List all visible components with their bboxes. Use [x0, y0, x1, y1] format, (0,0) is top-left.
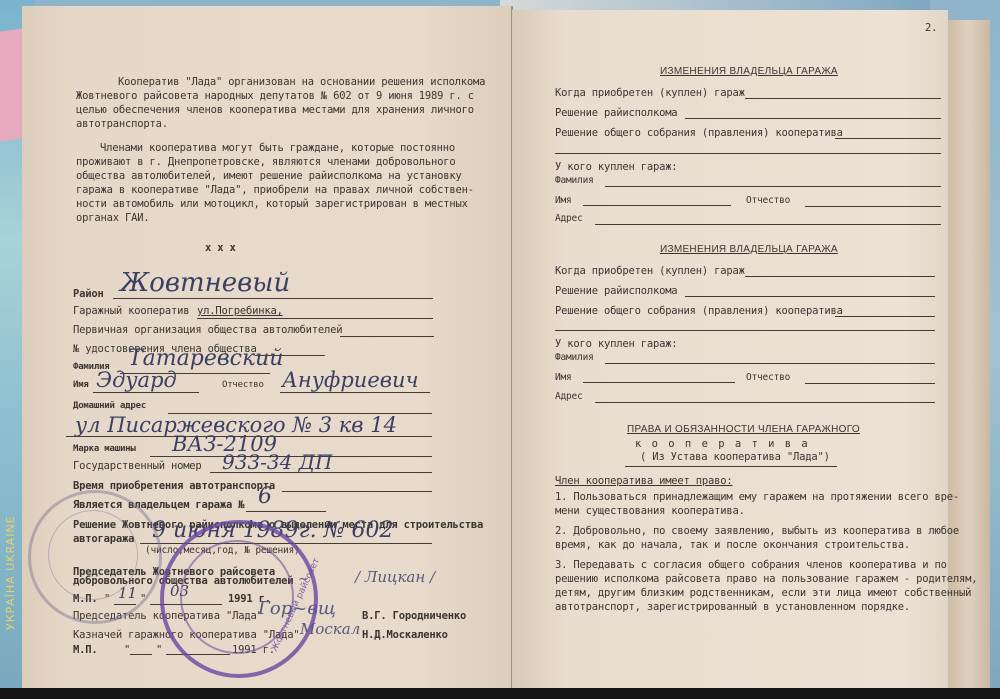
- seller-name-line[interactable]: [583, 205, 731, 206]
- right-item-cont: детям, другим близким родственникам, есл…: [555, 587, 971, 599]
- pink-flap: [0, 28, 24, 141]
- general-meeting-label: Решение общего собрания (правления) кооп…: [555, 127, 843, 139]
- when-bought-label: Когда приобретен (куплен) гараж: [555, 265, 745, 277]
- membership-line: гаража в кооперативе "Лада", приобрели н…: [76, 184, 474, 196]
- rights-intro: Член кооператива имеет право:: [555, 475, 733, 487]
- mp-label-2: М.П.: [73, 644, 98, 656]
- primary-org-line: [340, 336, 434, 337]
- section-divider: [555, 153, 941, 154]
- quote-mark: ": [156, 644, 162, 656]
- district-line: [113, 298, 433, 299]
- general-meeting-line[interactable]: [835, 316, 935, 317]
- district-value: Жовтневый: [120, 268, 290, 298]
- coop-value: ул.Погребинка,: [197, 305, 283, 317]
- acquired-line: [282, 491, 432, 492]
- when-bought-line[interactable]: [745, 98, 941, 99]
- name-label: Имя: [73, 380, 89, 390]
- seller-address-label: Адрес: [555, 213, 583, 224]
- right-item-cont: время, как до начала, так и после оконча…: [555, 539, 910, 551]
- bought-from-label: У кого куплен гараж:: [555, 161, 677, 173]
- rights-underline: [625, 466, 837, 467]
- section-separator: x x x: [205, 242, 236, 254]
- seller-surname-label: Фамилия: [555, 352, 594, 363]
- patronymic-label: Отчество: [222, 380, 264, 390]
- cover-top-edge: [500, 0, 930, 10]
- mp-day-line-2: [130, 654, 152, 655]
- treasurer-name: Н.Д.Москаленко: [362, 629, 448, 641]
- address-label: Домашний адрес: [73, 401, 146, 411]
- patronymic-value: Ануфриевич: [282, 368, 419, 392]
- right-item-cont: автотранспорт, зарегистрированный в уста…: [555, 601, 910, 613]
- seller-name-label: Имя: [555, 372, 572, 383]
- section-divider: [555, 330, 935, 331]
- membership-line: проживают в г. Днепропетровске, являются…: [76, 156, 456, 168]
- general-meeting-line[interactable]: [835, 138, 941, 139]
- bought-from-label: У кого куплен гараж:: [555, 338, 677, 350]
- seller-patronymic-label: Отчество: [746, 195, 790, 206]
- district-decision-line[interactable]: [685, 296, 935, 297]
- right-item: 3. Передавать с согласия общего собрания…: [555, 559, 947, 571]
- garage-number-value: 6: [258, 484, 272, 509]
- general-meeting-label: Решение общего собрания (правления) кооп…: [555, 305, 843, 317]
- plate-line: [210, 472, 432, 473]
- right-item: 1. Пользоваться принадлежащим ему гараже…: [555, 491, 959, 503]
- right-item-cont: мени существования кооператива.: [555, 505, 745, 517]
- seller-name-line[interactable]: [583, 382, 735, 383]
- coop-label: Гаражный кооператив: [73, 305, 189, 317]
- right-item: 2. Добровольно, по своему заявлению, выб…: [555, 525, 959, 537]
- membership-line: общества автолюбителей, имеют решение ра…: [76, 170, 462, 182]
- garage-number-line: [246, 511, 326, 512]
- seller-address-label: Адрес: [555, 391, 583, 402]
- name-value: Эдуард: [96, 368, 177, 392]
- coop-line: [197, 318, 433, 319]
- page-number: 2.: [925, 22, 937, 34]
- car-make-label: Марка машины: [73, 444, 136, 454]
- seller-patronymic-line[interactable]: [805, 383, 935, 384]
- district-decision-label: Решение райисполкома: [555, 107, 677, 119]
- membership-line: ности автомобиль или мотоцикл, который з…: [76, 198, 468, 210]
- name-line: [93, 392, 199, 393]
- when-bought-label: Когда приобретен (куплен) гараж: [555, 87, 745, 99]
- seller-surname-label: Фамилия: [555, 175, 594, 186]
- intro-line: Кооператив "Лада" организован на основан…: [118, 76, 485, 88]
- cover-edge-text: УКРАЇНА UKRAINE: [4, 270, 24, 630]
- membership-line: органах ГАИ.: [76, 212, 149, 224]
- membership-line: Членами кооператива могут быть граждане,…: [100, 142, 455, 154]
- seller-address-line[interactable]: [595, 224, 941, 225]
- rights-source: ( Из Устава кооператива "Лада"): [640, 451, 830, 463]
- primary-org-label: Первичная организация общества автолюбит…: [73, 324, 342, 336]
- owner-change-title: ИЗМЕНЕНИЯ ВЛАДЕЛЬЦА ГАРАЖА: [660, 66, 838, 77]
- seller-name-label: Имя: [555, 195, 572, 206]
- intro-line: Жовтневого райсовета народных депутатов …: [76, 90, 474, 102]
- intro-line: целью обеспечения членов кооператива мес…: [76, 104, 474, 116]
- chairman-district-signature: / Лицкан /: [355, 568, 435, 586]
- district-decision-label: Решение райисполкома: [555, 285, 677, 297]
- right-item-cont: решению исполкома райсовета право на пол…: [555, 573, 977, 585]
- district-decision-line[interactable]: [685, 118, 941, 119]
- chairman-coop-name: В.Г. Городниченко: [362, 610, 466, 622]
- seller-surname-line[interactable]: [605, 186, 941, 187]
- seller-address-line[interactable]: [595, 402, 935, 403]
- intro-line: автотранспорта.: [76, 118, 168, 130]
- background-bottom: [0, 688, 1000, 699]
- plate-value: 933-34 ДП: [222, 450, 332, 474]
- plate-label: Государственный номер: [73, 460, 202, 472]
- seller-patronymic-label: Отчество: [746, 372, 790, 383]
- faded-stamp-inner: [48, 510, 138, 600]
- patronymic-line: [280, 392, 430, 393]
- when-bought-line[interactable]: [745, 276, 935, 277]
- district-label: Район: [73, 288, 104, 300]
- owner-change-title: ИЗМЕНЕНИЯ ВЛАДЕЛЬЦА ГАРАЖА: [660, 244, 838, 255]
- seller-patronymic-line[interactable]: [805, 206, 941, 207]
- rights-title: ПРАВА И ОБЯЗАННОСТИ ЧЛЕНА ГАРАЖНОГО: [627, 424, 860, 435]
- seller-surname-line[interactable]: [605, 363, 935, 364]
- rights-subtitle: к о о п е р а т и в а: [635, 438, 810, 450]
